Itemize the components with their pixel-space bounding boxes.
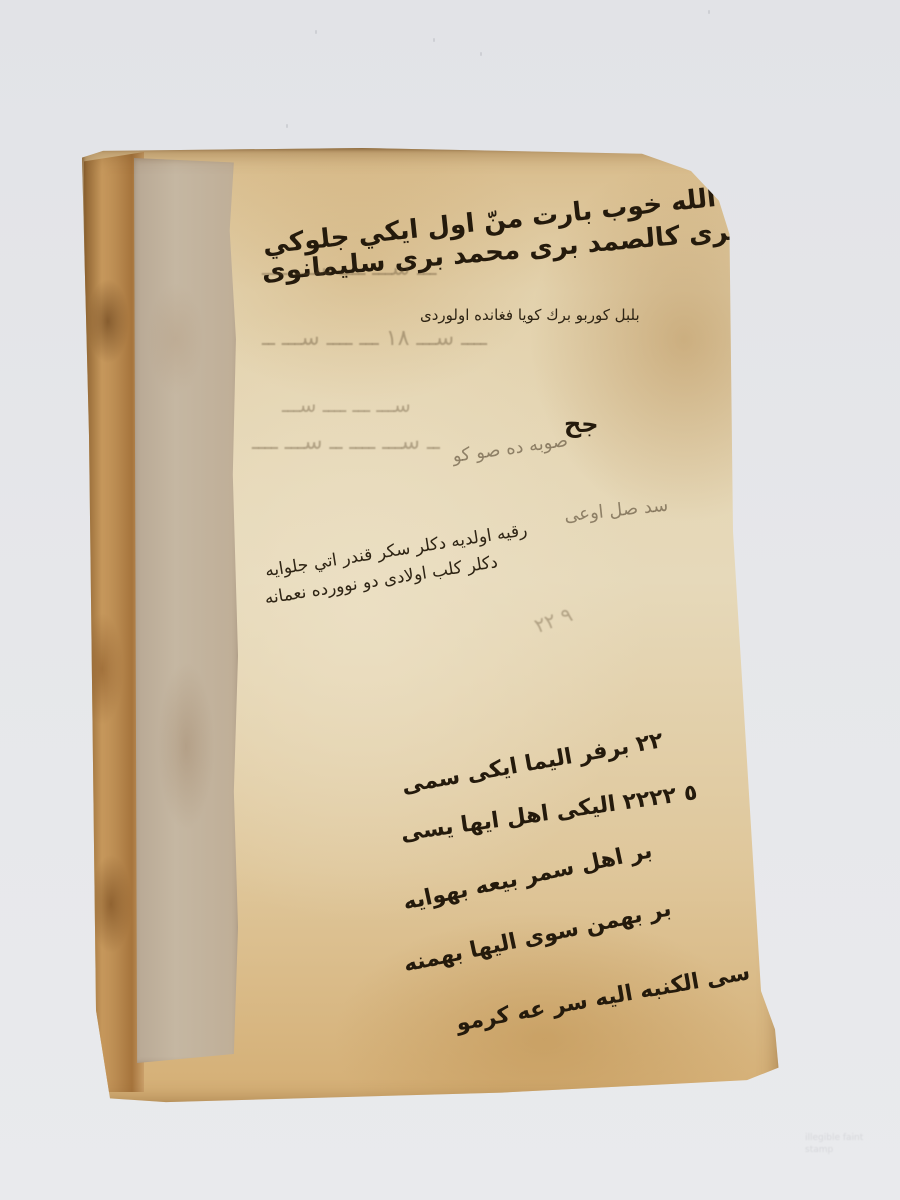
faded-line: ــ ســـ ــــ ــ ســـ ــــ (252, 430, 440, 455)
lower-line-5: سى الكنبه اليه سر عه كرمو (454, 960, 752, 1036)
lower-line-4: بر بهمن سوى اليها بهمنه (401, 896, 673, 977)
middle-note-1: صوبه ده صو كو (451, 430, 569, 467)
margin-note: صحيح ساحده 1 حكاية 35 مراد ايله (805, 342, 900, 858)
lower-line-3: بر اهل سمر بيعه بهوايه (401, 838, 654, 915)
faded-line: ســـ ـــ ــــ ســـ (282, 393, 411, 417)
upper-line: بلبل كوربو برك كويا فغانده اولوردى (420, 306, 640, 324)
dust-speck (708, 10, 710, 14)
faded-note: سد صل اوعى (563, 495, 669, 527)
manuscript-leaf: بارى الله خوب بارت منّ اول ايكي جلوكي بر… (82, 148, 782, 1106)
faded-line: ــــ ســـ ١٨ ـــ ــــ ســـ ــ (262, 326, 487, 351)
pencil-note: ٩ ٢٢ (531, 602, 575, 638)
faded-line: ـــ ســـ ــــ ســـ ــــ (262, 256, 436, 281)
dust-speck (315, 30, 317, 34)
paper-repair-strip (134, 158, 238, 1063)
dust-speck (286, 124, 288, 128)
middle-note-2: جح (564, 410, 599, 438)
watermark-stamp: illegible faint stamp (805, 1132, 865, 1162)
watermark-text: illegible faint stamp (805, 1132, 865, 1156)
dust-speck (480, 52, 482, 56)
lower-line-1: ٢٢ برفر اليما ايكى سمى (400, 728, 665, 799)
dust-speck (433, 38, 435, 42)
